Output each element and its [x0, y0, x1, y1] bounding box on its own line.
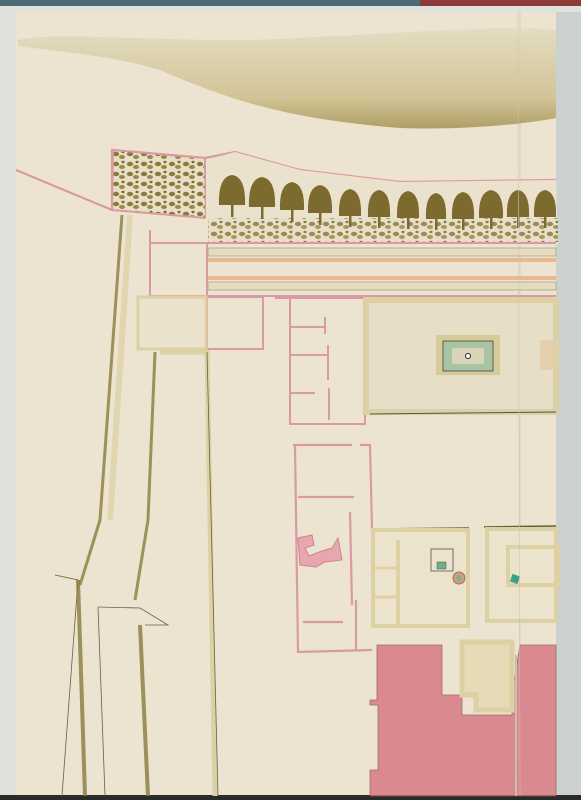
site-plan-drawing [0, 0, 581, 800]
hedge-garden [112, 150, 206, 218]
courtyard-2 [484, 526, 558, 621]
page-edge [556, 12, 581, 800]
plan-sheet [0, 0, 581, 800]
fountain-jet-icon [466, 354, 471, 359]
parterre [366, 300, 556, 414]
bastion-block [370, 642, 556, 796]
courtyard-1 [372, 528, 469, 626]
